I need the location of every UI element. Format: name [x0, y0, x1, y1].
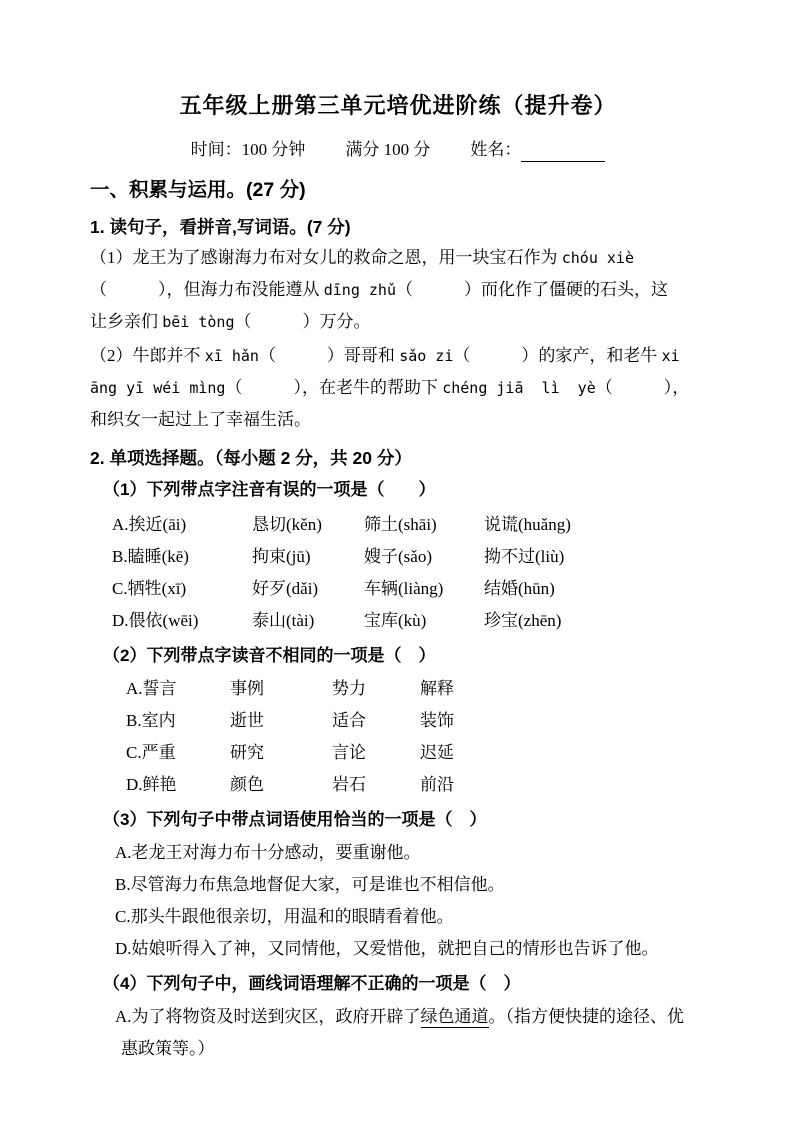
exam-meta-row: 时间：100 分钟 满分 100 分 姓名：	[90, 138, 706, 162]
q2-3-heading: （3）下列句子中带点词语使用恰当的一项是（ ）	[90, 807, 706, 833]
option-d: D.姑娘听得入了神，又同情他，又爱惜他，就把自己的情形也告诉了他。	[90, 933, 706, 965]
pinyin-text: xi	[662, 347, 680, 365]
sentence-text: （2）牛郎并不	[90, 346, 205, 365]
question-1-heading: 1. 读句子，看拼音,写词语。(7 分)	[90, 214, 706, 240]
answer-blank: （ ）哥哥和	[259, 346, 399, 365]
option-cell: 适合	[332, 705, 420, 737]
q2-1-option-grid: A.挨近(āi) 恳切(kěn) 筛土(shāi) 说谎(huǎng) B.瞌睡…	[90, 509, 706, 637]
text-line: （1）龙王为了感谢海力布对女儿的救命之恩，用一块宝石作为 chóu xiè	[90, 242, 706, 274]
option-cell: 车辆(liàng)	[364, 573, 484, 605]
answer-blank: （ ），但海力布没能遵从	[90, 280, 324, 299]
text-line: 惠政策等。）	[90, 1033, 706, 1065]
time-label: 时间：100 分钟	[191, 138, 306, 162]
option-cell: 说谎(huǎng)	[484, 509, 706, 541]
question-2-heading: 2. 单项选择题。（每小题 2 分，共 20 分）	[90, 445, 706, 471]
text-line: （ ），但海力布没能遵从 dīng zhǔ（ ）而化作了僵硬的石头，这	[90, 274, 706, 306]
option-cell: 泰山(tài)	[252, 605, 364, 637]
q2-2-option-grid: A.誓言 事例 势力 解释 B.室内 逝世 适合 装饰 C.严重 研究 言论 迟…	[90, 673, 706, 801]
option-c: C.那头牛跟他很亲切，用温和的眼睛看着他。	[90, 901, 706, 933]
underlined-term: 绿色通道	[421, 1007, 489, 1028]
option-cell: 言论	[332, 737, 420, 769]
option-a: A.老龙王对海力布十分感动，要重谢他。	[90, 837, 706, 869]
option-cell: 事例	[230, 673, 332, 705]
text-line: āng yī wéi mìng（ ），在老牛的帮助下 chéng jiā lì …	[90, 372, 706, 404]
option-cell: 岩石	[332, 769, 420, 801]
answer-blank: （ ），在老牛的帮助下	[225, 378, 442, 397]
option-cell: B.室内	[126, 705, 230, 737]
pinyin-text: bēi tòng	[162, 313, 234, 331]
option-cell: D.偎依(wēi)	[112, 605, 252, 637]
option-cell: A.挨近(āi)	[112, 509, 252, 541]
q2-1-heading: （1）下列带点字注音有误的一项是（ ）	[90, 477, 706, 503]
option-cell: A.誓言	[126, 673, 230, 705]
pinyin-text: chóu xiè	[562, 249, 634, 267]
text-line: 和织女一起过上了幸福生活。	[90, 404, 706, 435]
q1-passage-1: （1）龙王为了感谢海力布对女儿的救命之恩，用一块宝石作为 chóu xiè （ …	[90, 242, 706, 338]
q2-2-heading: （2）下列带点字读音不相同的一项是（ ）	[90, 643, 706, 669]
pinyin-text: sǎo zi	[399, 347, 453, 365]
sentence-text: 。（指方便快捷的途径、优	[489, 1007, 685, 1026]
sentence-text: （ ）而化作了僵硬的石头，这	[396, 280, 668, 299]
text-line: 让乡亲们 bēi tòng（ ）万分。	[90, 306, 706, 338]
sentence-text: （ ）的家产，和老牛	[453, 346, 661, 365]
sentence-text: 让乡亲们	[90, 312, 162, 331]
exam-paper-page: 五年级上册第三单元培优进阶练（提升卷） 时间：100 分钟 满分 100 分 姓…	[0, 0, 794, 1123]
option-cell: 逝世	[230, 705, 332, 737]
option-cell: 恳切(kěn)	[252, 509, 364, 541]
option-cell: 迟延	[420, 737, 706, 769]
pinyin-text: dīng zhǔ	[324, 281, 396, 299]
option-cell: 好歹(dǎi)	[252, 573, 364, 605]
answer-blank: （ ），	[596, 378, 690, 397]
option-cell: 嫂子(sǎo)	[364, 541, 484, 573]
name-field: 姓名：	[470, 138, 605, 162]
option-cell: C.严重	[126, 737, 230, 769]
pinyin-text: xī hǎn	[205, 347, 259, 365]
section-1-heading: 一、积累与运用。(27 分)	[90, 176, 706, 204]
option-cell: C.牺牲(xī)	[112, 573, 252, 605]
option-cell: 解释	[420, 673, 706, 705]
option-cell: 拘束(jū)	[252, 541, 364, 573]
q2-4-option-a: A.为了将物资及时送到灾区，政府开辟了绿色通道。（指方便快捷的途径、优 惠政策等…	[90, 1001, 706, 1065]
option-cell: 研究	[230, 737, 332, 769]
q2-3-option-list: A.老龙王对海力布十分感动，要重谢他。 B.尽管海力布焦急地督促大家，可是谁也不…	[90, 837, 706, 965]
sentence-text: （1）龙王为了感谢海力布对女儿的救命之恩，用一块宝石作为	[90, 248, 562, 267]
text-line: （2）牛郎并不 xī hǎn（ ）哥哥和 sǎo zi（ ）的家产，和老牛 xi	[90, 340, 706, 372]
option-cell: 结婚(hūn)	[484, 573, 706, 605]
option-cell: 筛土(shāi)	[364, 509, 484, 541]
answer-blank: （ ）万分。	[235, 312, 371, 331]
q1-passage-2: （2）牛郎并不 xī hǎn（ ）哥哥和 sǎo zi（ ）的家产，和老牛 xi…	[90, 340, 706, 435]
name-label: 姓名：	[470, 138, 521, 162]
full-score-label: 满分 100 分	[345, 138, 430, 162]
sentence-text: 和织女一起过上了幸福生活。	[90, 410, 311, 429]
text-line: A.为了将物资及时送到灾区，政府开辟了绿色通道。（指方便快捷的途径、优	[90, 1001, 706, 1033]
q2-4-heading: （4）下列句子中，画线词语理解不正确的一项是（ ）	[90, 971, 706, 997]
name-blank-line	[521, 143, 605, 162]
pinyin-text: chéng jiā lì yè	[442, 379, 596, 397]
sentence-text: A.为了将物资及时送到灾区，政府开辟了	[115, 1007, 421, 1026]
pinyin-text: āng yī wéi mìng	[90, 379, 225, 397]
option-b: B.尽管海力布焦急地督促大家，可是谁也不相信他。	[90, 869, 706, 901]
page-title: 五年级上册第三单元培优进阶练（提升卷）	[90, 92, 706, 120]
option-cell: B.瞌睡(kē)	[112, 541, 252, 573]
option-cell: 宝库(kù)	[364, 605, 484, 637]
option-cell: 前沿	[420, 769, 706, 801]
option-cell: 势力	[332, 673, 420, 705]
option-cell: 珍宝(zhēn)	[484, 605, 706, 637]
option-cell: D.鲜艳	[126, 769, 230, 801]
option-cell: 装饰	[420, 705, 706, 737]
option-cell: 拗不过(liù)	[484, 541, 706, 573]
option-cell: 颜色	[230, 769, 332, 801]
